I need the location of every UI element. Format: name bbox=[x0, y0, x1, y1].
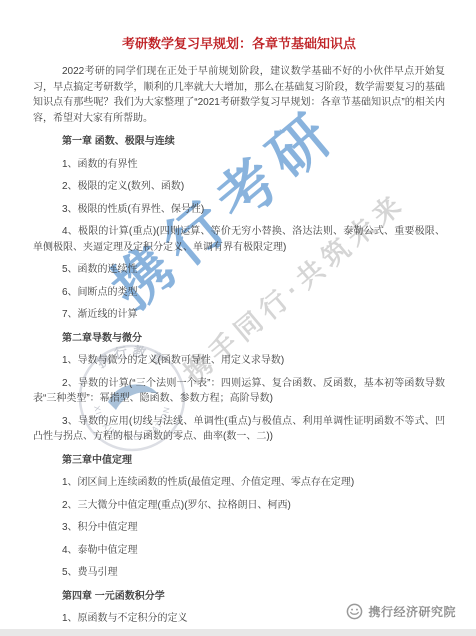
chapter-heading-4: 第四章 一元函数积分学 bbox=[33, 589, 445, 605]
article-body: 考研数学复习早规划：各章节基础知识点 2022考研的同学们现在正处于早前规划阶段… bbox=[0, 0, 476, 627]
article-page: 携行考研 携手同行·共筑未来 携行教育 XIE XING EDUCATION 考… bbox=[0, 0, 476, 636]
bottom-bar bbox=[0, 629, 476, 636]
list-item: 1、导数与微分的定义(函数可导性、用定义求导数) bbox=[33, 353, 445, 369]
list-item: 2、三大微分中值定理(重点)(罗尔、拉格朗日、柯西) bbox=[33, 498, 445, 514]
list-item: 4、极限的计算(重点)(四则运算、等价无穷小替换、洛达法则、泰勒公式、重要极限、… bbox=[33, 224, 445, 255]
list-item: 6、间断点的类型 bbox=[33, 285, 445, 301]
list-item: 5、函数的连续性 bbox=[33, 262, 445, 278]
list-item: 2、导数的计算(“三个法则一个表”：四则运算、复合函数、反函数，基本初等函数导数… bbox=[33, 376, 445, 407]
chapter-heading-1: 第一章 函数、极限与连续 bbox=[33, 134, 445, 150]
list-item: 3、积分中值定理 bbox=[33, 520, 445, 536]
footer-brand: 携行经济研究院 bbox=[346, 603, 456, 620]
list-item: 1、函数的有界性 bbox=[33, 157, 445, 173]
intro-paragraph: 2022考研的同学们现在正处于早前规划阶段，建议数学基础不好的小伙伴早点开始复习… bbox=[33, 64, 445, 126]
article-title: 考研数学复习早规划：各章节基础知识点 bbox=[33, 34, 445, 54]
list-item: 4、泰勒中值定理 bbox=[33, 543, 445, 559]
footer-brand-label: 携行经济研究院 bbox=[368, 603, 456, 620]
list-item: 7、渐近线的计算 bbox=[33, 307, 445, 323]
list-item: 1、闭区间上连续函数的性质(最值定理、介值定理、零点存在定理) bbox=[33, 475, 445, 491]
institute-logo-icon bbox=[346, 603, 363, 620]
chapter-heading-2: 第二章导数与微分 bbox=[33, 331, 445, 347]
list-item: 2、极限的定义(数列、函数) bbox=[33, 179, 445, 195]
list-item: 3、极限的性质(有界性、保号性) bbox=[33, 202, 445, 218]
chapter-heading-3: 第三章中值定理 bbox=[33, 453, 445, 469]
list-item: 3、导数的应用(切线与法线、单调性(重点)与极值点、利用单调性证明函数不等式、凹… bbox=[33, 414, 445, 445]
list-item: 5、费马引理 bbox=[33, 565, 445, 581]
